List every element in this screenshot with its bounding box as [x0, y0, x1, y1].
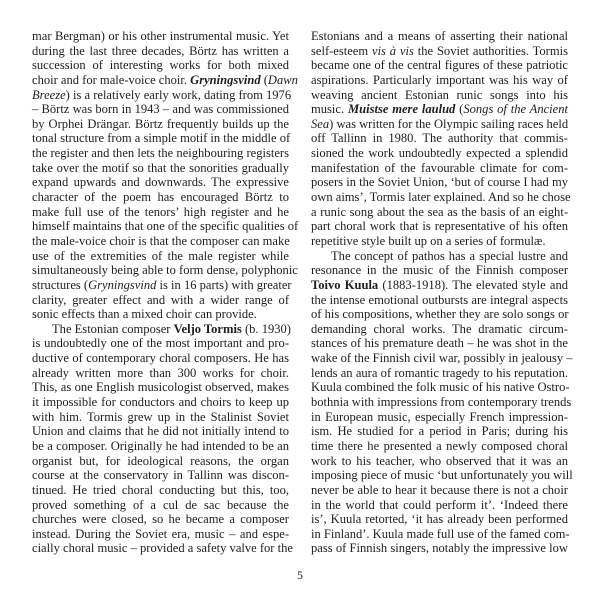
italic-text: Gryningsvind	[88, 278, 156, 292]
text-run: This, as one English musicologist observ…	[32, 380, 289, 394]
text-line: churches were closed, so he became a com…	[32, 512, 289, 527]
text-line: be a composer. Originally he had intende…	[32, 439, 289, 454]
text-line: part choral work that is representative …	[311, 219, 568, 234]
page-number: 5	[0, 568, 600, 583]
text-line: the male-voice choir is that the compose…	[32, 234, 289, 249]
text-line: work to his teacher, who observed that i…	[311, 454, 568, 469]
text-line: aspirations. Particularly important was …	[311, 73, 568, 88]
text-run: ) was written for the Olympic sailing ra…	[329, 117, 568, 131]
text-run: became one of the central figures of the…	[311, 58, 568, 72]
text-line: tonal structure from a simple motif in t…	[32, 131, 289, 146]
text-run: mar Bergman) or his other instrumental m…	[32, 29, 289, 43]
text-line: simultaneously being able to form dense,…	[32, 263, 289, 278]
text-line: succession of interesting works for both…	[32, 58, 289, 73]
text-run: in European music, especially French imp…	[311, 410, 568, 424]
italic-text: vis à vis	[372, 44, 414, 58]
text-line: is undoubtedly one of the most important…	[32, 336, 289, 351]
text-line: himself maintains that one of the specif…	[32, 219, 289, 234]
text-run: structures (	[32, 278, 88, 292]
text-run: tonal structure from a simple motif in t…	[32, 131, 290, 145]
text-run: is’, Kuula retorted, ‘it has already bee…	[311, 512, 568, 526]
text-line: imposing piece of music ‘but unfortunate…	[311, 468, 568, 483]
left-text-column: mar Bergman) or his other instrumental m…	[32, 29, 289, 556]
text-line: take over the motif so that the sonoriti…	[32, 161, 289, 176]
text-run: Estonians and a means of asserting their…	[311, 29, 568, 43]
text-run: the Soviet authorities. Tormis	[414, 44, 568, 58]
text-run: ism. He studied for a period in Paris; d…	[311, 424, 568, 438]
text-line: became one of the central figures of the…	[311, 58, 568, 73]
text-line: by Orphei Drängar. Börtz frequently buil…	[32, 117, 289, 132]
text-line: – Börtz was born in 1943 – and was commi…	[32, 102, 289, 117]
document-page: mar Bergman) or his other instrumental m…	[0, 0, 600, 600]
text-line: Toivo Kuula (1883-1918). The elevated st…	[311, 278, 568, 293]
text-line: pass of Finnish singers, notably the imp…	[311, 541, 568, 556]
text-run: organist but, for ideological reasons, t…	[32, 454, 289, 468]
text-run: bothnia with impressions from contempora…	[311, 395, 571, 409]
text-line: Union and claims that he did not initial…	[32, 424, 289, 439]
text-line: resonance in the music of the Finnish co…	[311, 263, 568, 278]
text-line: the intense emotional outbursts are inte…	[311, 293, 568, 308]
text-line: ism. He studied for a period in Paris; d…	[311, 424, 568, 439]
text-line: course at the conservatory in Tallinn wa…	[32, 468, 289, 483]
text-run: churches were closed, so he became a com…	[32, 512, 289, 526]
text-run: ductive of contemporary choral composers…	[32, 351, 289, 365]
text-run: (b. 1930)	[242, 322, 291, 336]
text-run: (	[261, 73, 268, 87]
text-line: wake of the Finnish civil war, possibly …	[311, 351, 568, 366]
text-line: never be able to hear it because there i…	[311, 483, 568, 498]
text-line: mar Bergman) or his other instrumental m…	[32, 29, 289, 44]
text-run: Union and claims that he did not initial…	[32, 424, 289, 438]
text-run: Kuula combined the folk music of his nat…	[311, 380, 570, 394]
text-run: be a composer. Originally he had intende…	[32, 439, 289, 453]
text-line: with him. Tormis grew up in the Stalinis…	[32, 410, 289, 425]
italic-text: Breeze	[32, 88, 66, 102]
text-run: character of the poem has encouraged Bör…	[32, 190, 289, 204]
text-run: the register and then lets the neighbour…	[32, 146, 289, 160]
text-run: of his compositions, whether they are so…	[311, 307, 569, 321]
text-run: instead. During the Soviet era, music – …	[32, 527, 289, 541]
text-run: never be able to hear it because there i…	[311, 483, 568, 497]
text-line: weaving ancient Estonian runic songs int…	[311, 88, 568, 103]
text-line: Sea) was written for the Olympic sailing…	[311, 117, 568, 132]
text-line: proved something of a cul de sac because…	[32, 498, 289, 513]
text-line: organist but, for ideological reasons, t…	[32, 454, 289, 469]
bold-italic-title: Gryningsvind	[190, 73, 260, 87]
text-run: is in 16 parts) with greater	[156, 278, 291, 292]
text-run: sioned the work undoubtedly expected a s…	[311, 146, 568, 160]
text-run: it impossible for conductors and choirs …	[32, 395, 289, 409]
text-run: a runic song about the sea as the basis …	[311, 205, 568, 219]
text-run: demanding choral works. The dramatic cir…	[311, 322, 568, 336]
text-run: lends an aura of romantic tragedy to his…	[311, 366, 568, 380]
text-run: work to his teacher, who observed that i…	[311, 454, 568, 468]
text-line: manifestation of the favourable climate …	[311, 161, 568, 176]
text-run: succession of interesting works for both…	[32, 58, 289, 72]
text-run: the intense emotional outbursts are inte…	[311, 293, 568, 307]
text-run: weaving ancient Estonian runic songs int…	[311, 88, 568, 102]
text-line: The concept of pathos has a special lust…	[311, 249, 568, 264]
text-line: The Estonian composer Veljo Tormis (b. 1…	[32, 322, 289, 337]
text-run: clarity, greater effect and with a wider…	[32, 293, 289, 307]
text-run: imposing piece of music ‘but unfortunate…	[311, 468, 573, 482]
text-run: music.	[311, 102, 348, 116]
text-run: use of the extremities of the male regis…	[32, 249, 289, 263]
text-run: expand upwards and downwards. The expres…	[32, 175, 289, 189]
text-line: character of the poem has encouraged Bör…	[32, 190, 289, 205]
text-run: during the last three decades, Börtz has…	[32, 44, 289, 58]
text-run: The Estonian composer	[52, 322, 174, 336]
text-line: music. Muistse mere laulud (Songs of the…	[311, 102, 568, 117]
right-text-column: Estonians and a means of asserting their…	[311, 29, 568, 556]
bold-name: Veljo Tormis	[174, 322, 242, 336]
text-run: pass of Finnish singers, notably the imp…	[311, 541, 568, 555]
text-line: lends an aura of romantic tragedy to his…	[311, 366, 568, 381]
text-line: instead. During the Soviet era, music – …	[32, 527, 289, 542]
text-line: bothnia with impressions from contempora…	[311, 395, 568, 410]
text-line: own aims’, Tormis later explained. And s…	[311, 190, 568, 205]
text-run: time there he presented a newly composed…	[311, 439, 568, 453]
text-line: Kuula combined the folk music of his nat…	[311, 380, 568, 395]
text-run: sonic effects than a mixed choir can pro…	[32, 307, 257, 321]
text-line: stances of his premature death – he was …	[311, 336, 568, 351]
text-run: – Börtz was born in 1943 – and was commi…	[32, 102, 289, 116]
text-line: ductive of contemporary choral composers…	[32, 351, 289, 366]
text-run: repetitive style built up on a series of…	[311, 234, 546, 248]
text-line: clarity, greater effect and with a wider…	[32, 293, 289, 308]
text-run: own aims’, Tormis later explained. And s…	[311, 190, 571, 204]
text-line: sonic effects than a mixed choir can pro…	[32, 307, 289, 322]
text-run: the male-voice choir is that the compose…	[32, 234, 290, 248]
text-line: Estonians and a means of asserting their…	[311, 29, 568, 44]
text-line: of his compositions, whether they are so…	[311, 307, 568, 322]
text-line: Breeze) is a relatively early work, dati…	[32, 88, 289, 103]
text-run: is undoubtedly one of the most important…	[32, 336, 289, 350]
text-line: repetitive style built up on a series of…	[311, 234, 568, 249]
text-run: proved something of a cul de sac because…	[32, 498, 289, 512]
text-line: in the world that could perform it’. ‘In…	[311, 498, 568, 513]
text-run: cially choral music – provided a safety …	[32, 541, 293, 555]
bold-italic-title: Muistse mere laulud	[348, 102, 455, 116]
text-run: stances of his premature death – he was …	[311, 336, 568, 350]
text-line: posers in the Soviet Union, ‘but of cour…	[311, 175, 568, 190]
text-line: the register and then lets the neighbour…	[32, 146, 289, 161]
text-run: choir and for male-voice choir.	[32, 73, 190, 87]
italic-text: Songs of the Ancient	[463, 102, 568, 116]
text-line: make full use of the tenors’ high regist…	[32, 205, 289, 220]
text-run: take over the motif so that the sonoriti…	[32, 161, 289, 175]
text-run: with him. Tormis grew up in the Stalinis…	[32, 410, 289, 424]
bold-name: Toivo Kuula	[311, 278, 378, 292]
text-run: in Finland’. Kuula made full use of the …	[311, 527, 570, 541]
text-line: demanding choral works. The dramatic cir…	[311, 322, 568, 337]
text-line: in European music, especially French imp…	[311, 410, 568, 425]
text-run: simultaneously being able to form dense,…	[32, 263, 298, 277]
text-line: a runic song about the sea as the basis …	[311, 205, 568, 220]
text-run: wake of the Finnish civil war, possibly …	[311, 351, 573, 365]
text-run: (1883-1918). The elevated style and	[378, 278, 568, 292]
text-run: part choral work that is representative …	[311, 219, 568, 233]
text-run: The concept of pathos has a special lust…	[331, 249, 568, 263]
text-line: self-esteem vis à vis the Soviet authori…	[311, 44, 568, 59]
text-line: This, as one English musicologist observ…	[32, 380, 289, 395]
text-line: sioned the work undoubtedly expected a s…	[311, 146, 568, 161]
text-run: ) is a relatively early work, dating fro…	[66, 88, 291, 102]
text-line: structures (Gryningsvind is in 16 parts)…	[32, 278, 289, 293]
text-run: make full use of the tenors’ high regist…	[32, 205, 289, 219]
italic-text: Sea	[311, 117, 329, 131]
text-line: use of the extremities of the male regis…	[32, 249, 289, 264]
text-line: cially choral music – provided a safety …	[32, 541, 289, 556]
text-line: is’, Kuula retorted, ‘it has already bee…	[311, 512, 568, 527]
text-run: manifestation of the favourable climate …	[311, 161, 568, 175]
text-line: expand upwards and downwards. The expres…	[32, 175, 289, 190]
text-line: off Tallinn in 1980. The authority that …	[311, 131, 568, 146]
text-line: in Finland’. Kuula made full use of the …	[311, 527, 568, 542]
text-run: self-esteem	[311, 44, 372, 58]
text-run: by Orphei Drängar. Börtz frequently buil…	[32, 117, 289, 131]
text-run: posers in the Soviet Union, ‘but of cour…	[311, 175, 568, 189]
text-line: already written more than 300 works for …	[32, 366, 289, 381]
text-run: in the world that could perform it’. ‘In…	[311, 498, 568, 512]
text-run: off Tallinn in 1980. The authority that …	[311, 131, 568, 145]
text-run: aspirations. Particularly important was …	[311, 73, 568, 87]
text-run: himself maintains that one of the specif…	[32, 219, 298, 233]
text-line: tinued. He tried choral conducting but t…	[32, 483, 289, 498]
text-line: choir and for male-voice choir. Grynings…	[32, 73, 289, 88]
text-run: tinued. He tried choral conducting but t…	[32, 483, 289, 497]
italic-text: Dawn	[268, 73, 298, 87]
text-line: it impossible for conductors and choirs …	[32, 395, 289, 410]
text-run: course at the conservatory in Tallinn wa…	[32, 468, 289, 482]
text-run: resonance in the music of the Finnish co…	[311, 263, 568, 277]
text-run: already written more than 300 works for …	[32, 366, 289, 380]
text-line: time there he presented a newly composed…	[311, 439, 568, 454]
text-line: during the last three decades, Börtz has…	[32, 44, 289, 59]
